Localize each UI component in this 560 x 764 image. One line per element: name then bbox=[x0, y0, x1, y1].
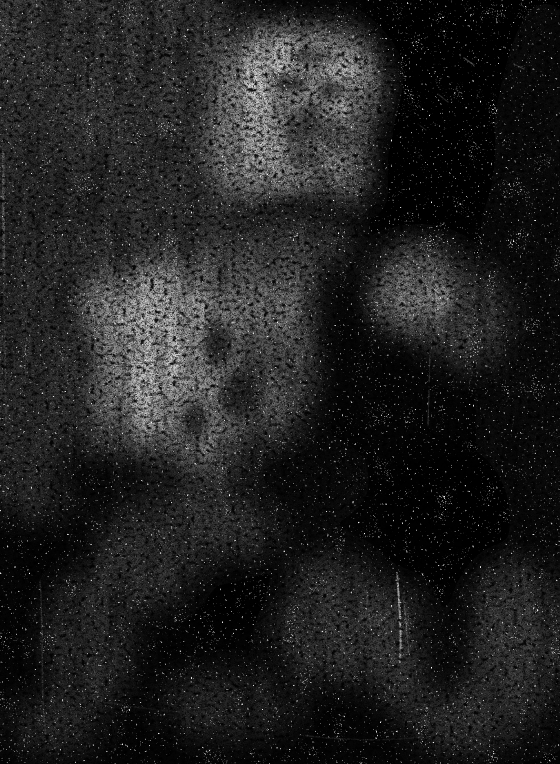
chin-highlight bbox=[270, 172, 306, 192]
right-mid-dark bbox=[370, 440, 510, 600]
chest-bright-streak bbox=[132, 355, 168, 435]
portrait-canvas bbox=[0, 0, 560, 764]
film-grain-composite bbox=[0, 0, 560, 764]
grunge-portrait-artwork bbox=[0, 0, 560, 764]
bottom-mid-haze bbox=[155, 670, 305, 740]
left-shoulder-highlight bbox=[94, 276, 198, 344]
underchest-dark-band bbox=[40, 440, 200, 510]
chest-dark-spot-3 bbox=[182, 402, 210, 438]
right-of-head-dark bbox=[355, 40, 495, 260]
chest-dark-spot-2 bbox=[220, 370, 256, 420]
left-edge-scratch bbox=[3, 150, 4, 265]
right-cheek-shadow bbox=[324, 115, 348, 155]
chest-dark-spot-1 bbox=[202, 323, 234, 367]
shoulder-bright-core bbox=[414, 286, 450, 314]
lower-left-haze bbox=[45, 570, 135, 710]
center-dark bbox=[230, 430, 370, 530]
nose-shadow bbox=[297, 98, 321, 146]
tonal-blobs bbox=[0, 0, 560, 760]
bottomright-low-haze bbox=[405, 685, 525, 755]
right-chest-upper bbox=[252, 283, 312, 353]
lower-center-dark bbox=[180, 545, 300, 635]
bottomleft-haze bbox=[5, 695, 105, 755]
scratch-zone-haze bbox=[367, 590, 423, 710]
brow-shadow bbox=[286, 47, 338, 67]
